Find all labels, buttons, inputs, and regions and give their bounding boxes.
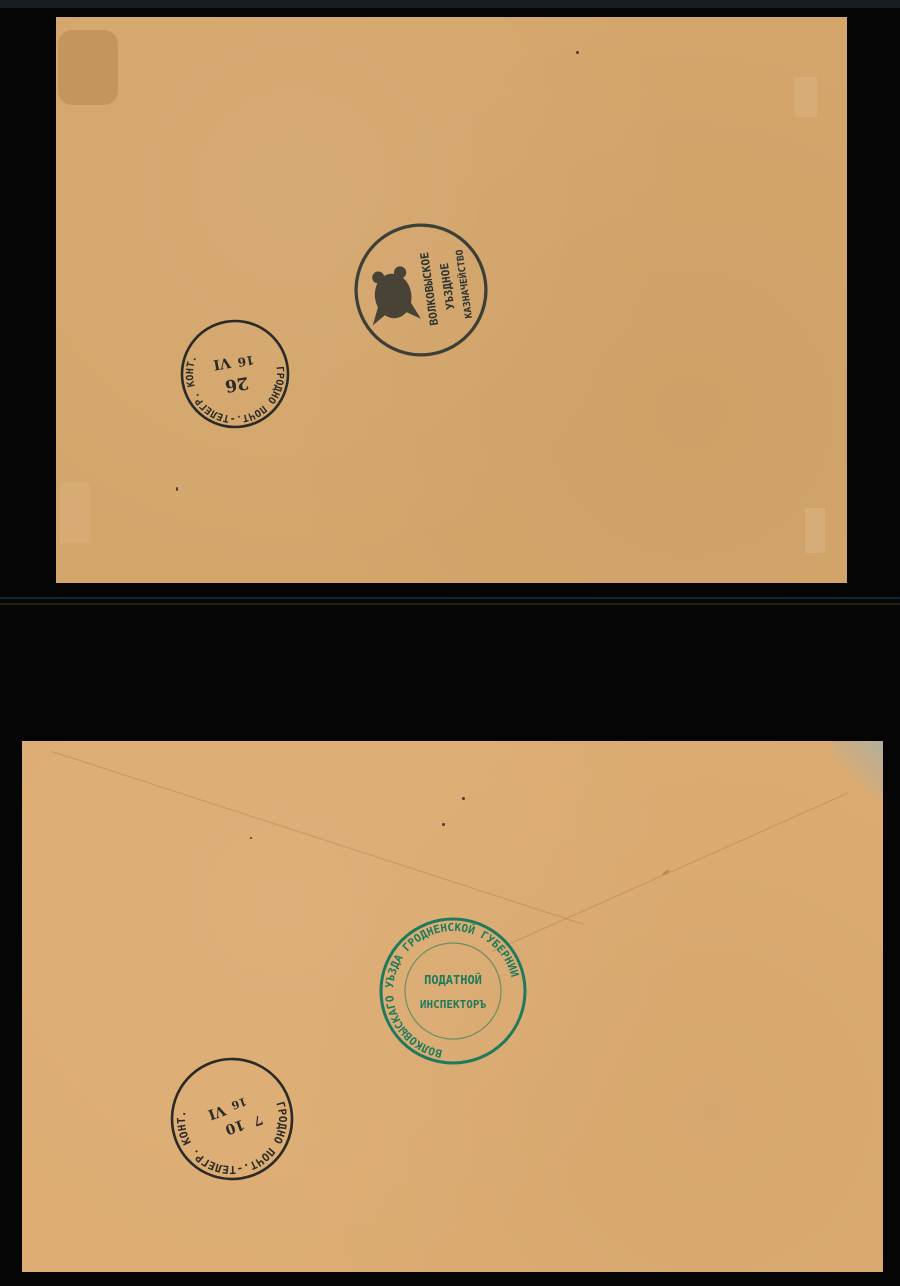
paper-spot xyxy=(250,837,252,839)
svg-text:ВОЛКОВЫСКАГО УЪЗДА ГРОДНЕНСКОЙ: ВОЛКОВЫСКАГО УЪЗДА ГРОДНЕНСКОЙ ГУБЕРНИИ xyxy=(378,916,528,1066)
treasury-seal: ВОЛКОВЫСКОЕ УЪЗДНОЕ КАЗНАЧЕЙСТВО xyxy=(341,210,501,370)
double-headed-eagle-icon xyxy=(365,264,421,325)
paper-crease xyxy=(795,77,817,117)
paper-spot xyxy=(442,823,445,826)
svg-text:ПОДАТНОЙ: ПОДАТНОЙ xyxy=(424,972,482,987)
svg-text:ИНСПЕКТОРЪ: ИНСПЕКТОРЪ xyxy=(420,998,487,1011)
paper-crease xyxy=(60,483,90,543)
svg-text:УЪЗДНОЕ: УЪЗДНОЕ xyxy=(438,262,457,310)
divider-line xyxy=(0,603,900,605)
svg-text:VI: VI xyxy=(212,354,233,373)
upper-envelope: ВОЛКОВЫСКОЕ УЪЗДНОЕ КАЗНАЧЕЙСТВО ГРОДНО … xyxy=(56,17,847,583)
svg-text:16: 16 xyxy=(236,353,255,370)
svg-text:ВОЛКОВЫСКОЕ: ВОЛКОВЫСКОЕ xyxy=(418,251,441,326)
svg-text:VI: VI xyxy=(206,1101,229,1122)
svg-text:7: 7 xyxy=(251,1111,265,1128)
flap-fold-line xyxy=(52,751,585,925)
paper-crease xyxy=(805,508,825,553)
svg-text:16: 16 xyxy=(229,1094,248,1112)
grodno-postmark: ГРОДНО ПОЧТ.-ТЕЛЕГР. КОНТ. 7 10 16 VI xyxy=(150,1037,314,1201)
paper-spot xyxy=(462,797,465,800)
paper-stain xyxy=(58,30,118,105)
paper-spot xyxy=(576,51,579,54)
paper-spot xyxy=(176,487,178,491)
lower-envelope: ВОЛКОВЫСКАГО УЪЗДА ГРОДНЕНСКОЙ ГУБЕРНИИ … xyxy=(22,741,883,1272)
svg-text:10: 10 xyxy=(223,1116,247,1138)
flap-fold-line xyxy=(492,792,849,952)
divider-line xyxy=(0,597,900,599)
grodno-postmark: ГРОДНО ПОЧТ.-ТЕЛЕГР. КОНТ. 26 16 VI xyxy=(169,308,301,440)
paper-corner-fade xyxy=(833,741,883,796)
tax-inspector-seal: ВОЛКОВЫСКАГО УЪЗДА ГРОДНЕНСКОЙ ГУБЕРНИИ … xyxy=(378,916,528,1066)
svg-text:26: 26 xyxy=(223,372,250,396)
top-frame-edge xyxy=(0,0,900,8)
